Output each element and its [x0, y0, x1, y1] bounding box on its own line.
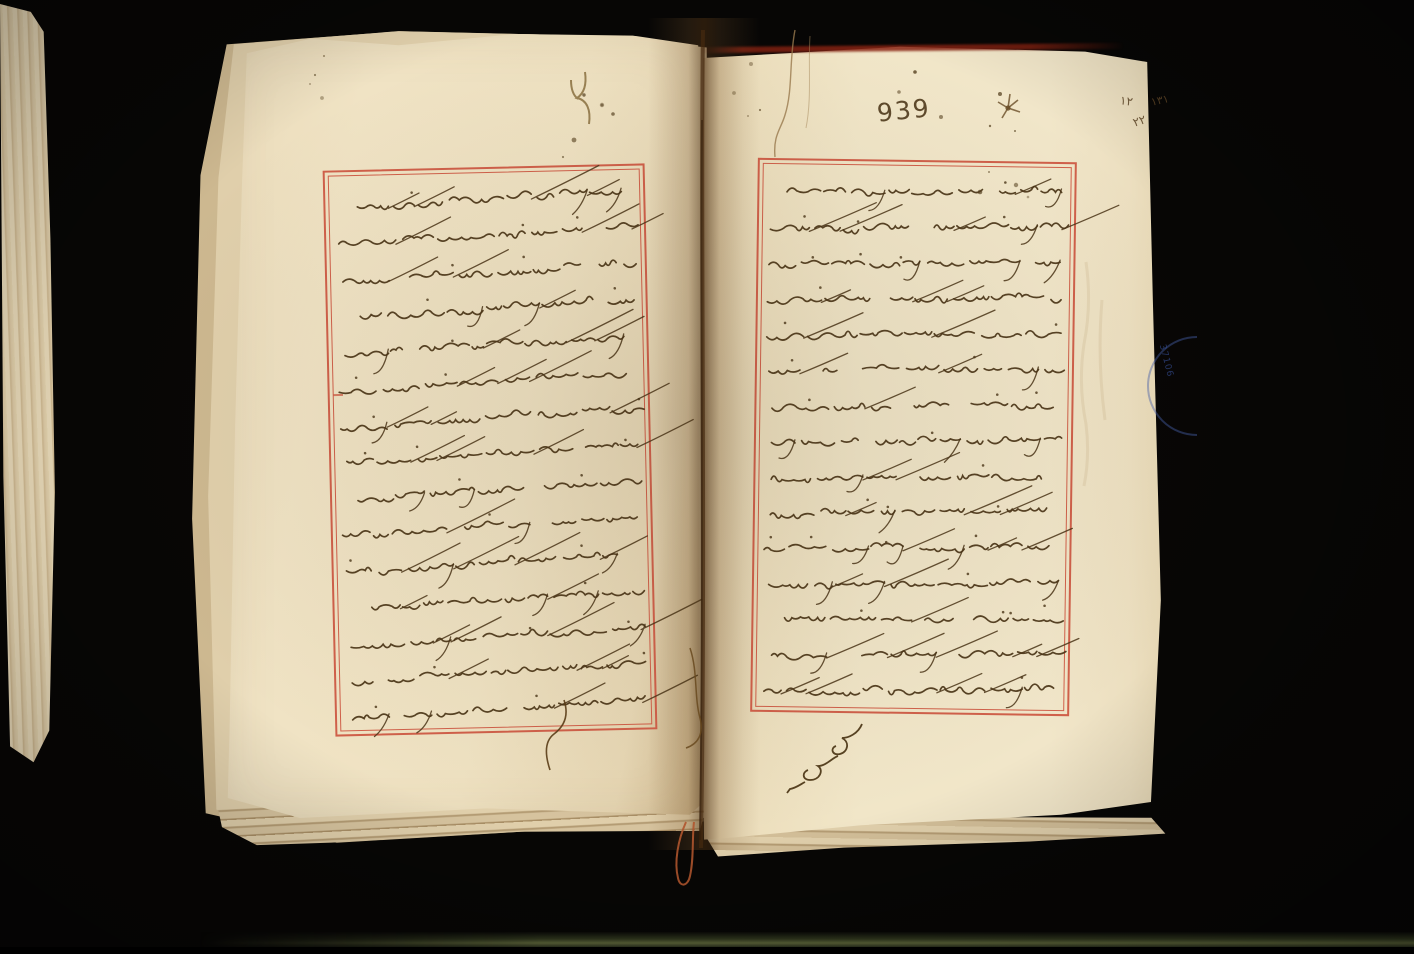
stamp-circle-outline — [1147, 336, 1197, 436]
library-stamp: 37106 — [1141, 328, 1197, 444]
binding-thread — [676, 822, 694, 885]
fore-edge-numeral-1: ١٢ — [1119, 93, 1134, 109]
photo-bottom-border — [0, 947, 1414, 954]
left-text-frame — [323, 163, 658, 736]
right-handwritten-text — [756, 164, 1071, 710]
right-text-frame-inner-rule — [755, 163, 1072, 711]
left-handwritten-text — [329, 170, 651, 731]
red-margin-dash — [333, 394, 343, 397]
folio-number: 939 — [876, 93, 932, 127]
fore-edge-numeral-3: ١٣١ — [1150, 92, 1170, 108]
right-text-frame — [750, 158, 1077, 716]
left-text-frame-inner-rule — [328, 169, 653, 732]
fore-edge-page-stack — [0, 0, 56, 794]
manuscript-photograph: 939 ١٢ ٢٢ ١٣١ 37106 — [0, 0, 1414, 954]
